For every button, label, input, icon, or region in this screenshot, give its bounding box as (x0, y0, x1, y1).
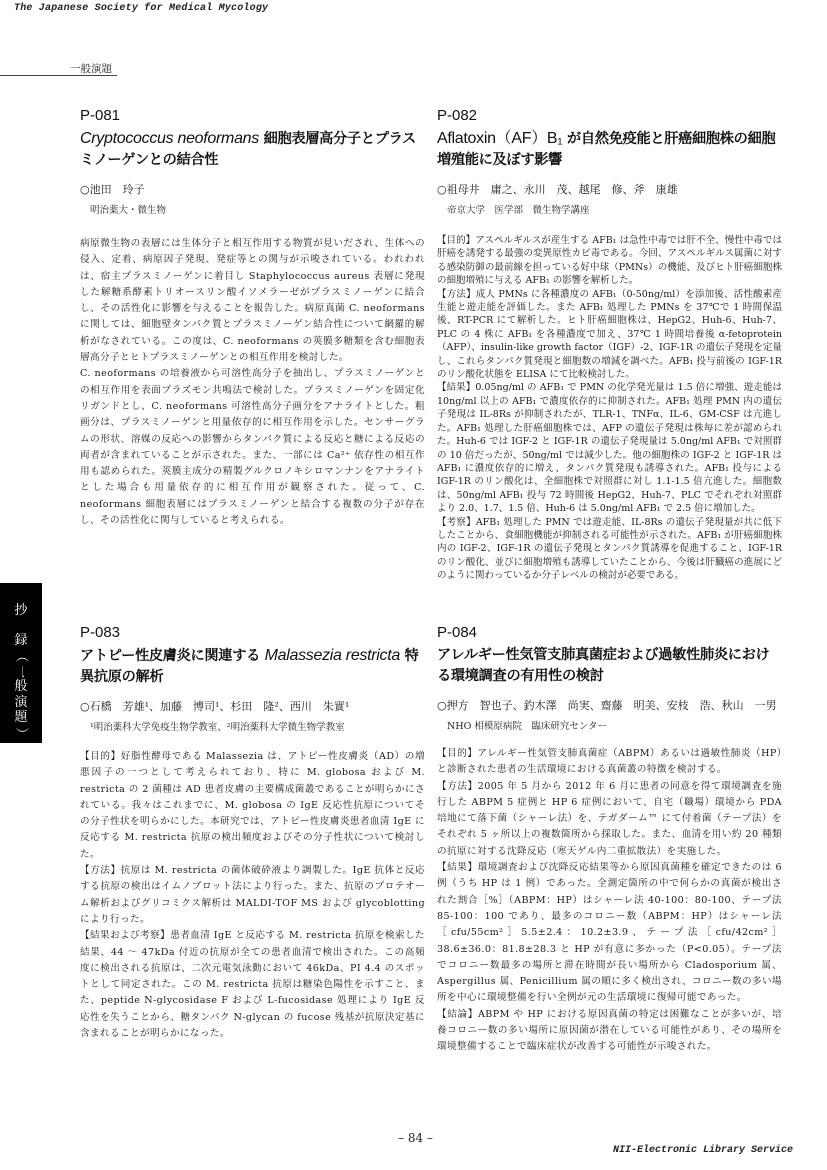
abstract-id: P-083 (80, 624, 425, 641)
journal-header: The Japanese Society for Medical Mycolog… (14, 3, 268, 14)
page-number: – 84 – (398, 1131, 433, 1145)
abstract-affiliation: 帝京大学 医学部 微生物学講座 (447, 202, 782, 216)
abstract-title: アトピー性皮膚炎に関連する Malassezia restricta 特異抗原の… (80, 645, 425, 688)
footer-service-label: NII-Electronic Library Service (613, 1145, 793, 1156)
body-paragraph: 【目的】アスペルギルスが産生する AFB₁ は急性中毒では肝不全、慢性中毒では肝… (437, 234, 782, 288)
side-tab-char: 一 (13, 665, 29, 678)
abstract-title: Cryptococcus neoformans 細胞表層高分子とプラスミノーゲン… (80, 128, 425, 171)
side-tab-char: 般 (14, 679, 27, 695)
abstract-title: Aflatoxin（AF）B₁ が自然免疫能と肝癌細胞株の細胞増殖能に及ぼす影響 (437, 128, 782, 171)
body-paragraph: 【結果】環境調査および沈降反応結果等から原因真菌種を確定できたのは 6 例（うち… (437, 860, 782, 1007)
title-italic: Cryptococcus neoformans (80, 130, 259, 147)
title-text: Aflatoxin（AF）B₁ (437, 130, 562, 147)
side-tab-char: 演 (14, 695, 27, 711)
abstract-p084: P-084 アレルギー性気管支肺真菌症および過敏性肺炎における環境調査の有用性の… (437, 624, 782, 1056)
abstract-id: P-084 (437, 624, 782, 641)
body-paragraph: 【結論】ABPM や HP における原因真菌の特定は困難なことが多いが、培養コロ… (437, 1007, 782, 1056)
section-label: 一般演題 (70, 61, 112, 76)
side-tab-char: 抄 (14, 603, 27, 619)
side-index-tab: 抄 録 （ 一 般 演 題 ） (0, 583, 42, 743)
abstract-body: 【目的】好脂性酵母である Malassezia は、アトピー性皮膚炎（AD）の増… (80, 749, 425, 1042)
body-paragraph: 【結果および考察】患者血清 IgE と反応する M. restricta 抗原を… (80, 928, 425, 1042)
abstract-body: 病原微生物の表層には生体分子と相互作用する物質が見いだされ、生体への侵入、定着、… (80, 236, 425, 529)
body-paragraph: 【目的】アレルギー性気管支肺真菌症（ABPM）あるいは過敏性肺炎（HP）と診断さ… (437, 746, 782, 779)
abstract-body: 【目的】アレルギー性気管支肺真菌症（ABPM）あるいは過敏性肺炎（HP）と診断さ… (437, 746, 782, 1056)
abstract-authors: ○池田 玲子 (80, 181, 425, 198)
side-tab-char: ） (13, 727, 29, 740)
abstract-p082: P-082 Aflatoxin（AF）B₁ が自然免疫能と肝癌細胞株の細胞増殖能… (437, 107, 782, 583)
side-tab-char: 録 (14, 633, 27, 649)
abstract-p081: P-081 Cryptococcus neoformans 細胞表層高分子とプラ… (80, 107, 425, 529)
abstract-authors: ○押方 智也子、釣木澤 尚実、齋藤 明美、安枝 浩、秋山 一男 (437, 697, 782, 714)
abstract-affiliation: 明治薬大・微生物 (90, 202, 425, 216)
side-tab-char: （ (13, 649, 29, 662)
title-text: アトピー性皮膚炎に関連する (80, 648, 265, 664)
abstract-body: 【目的】アスペルギルスが産生する AFB₁ は急性中毒では肝不全、慢性中毒では肝… (437, 234, 782, 583)
body-paragraph: 【考察】AFB₁ 処理した PMN では遊走能、IL-8Rs の遺伝子発現量が共… (437, 516, 782, 583)
side-tab-char: 題 (14, 710, 27, 726)
body-paragraph: 【目的】好脂性酵母である Malassezia は、アトピー性皮膚炎（AD）の増… (80, 749, 425, 863)
abstract-p083: P-083 アトピー性皮膚炎に関連する Malassezia restricta… (80, 624, 425, 1042)
abstract-id: P-081 (80, 107, 425, 124)
body-paragraph: 病原微生物の表層には生体分子と相互作用する物質が見いだされ、生体への侵入、定着、… (80, 236, 425, 366)
abstract-id: P-082 (437, 107, 782, 124)
section-divider (0, 75, 117, 76)
abstract-affiliation: NHO 相模原病院 臨床研究センター (447, 718, 782, 732)
body-paragraph: 【方法】2005 年 5 月から 2012 年 6 月に患者の同意を得て環境調査… (437, 779, 782, 860)
body-paragraph: 【結果】0.05ng/ml の AFB₁ で PMN の化学発光量は 1.5 倍… (437, 381, 782, 515)
abstract-title: アレルギー性気管支肺真菌症および過敏性肺炎における環境調査の有用性の検討 (437, 645, 782, 687)
abstract-authors: ○祖母井 庸之、永川 茂、越尾 修、斧 康雄 (437, 181, 782, 198)
abstract-authors: ○石橋 芳雄¹、加藤 博司¹、杉田 隆²、西川 朱實¹ (80, 698, 425, 715)
body-paragraph: 【方法】成人 PMNs に各種濃度の AFB₁（0-50ng/ml）を添加後、活… (437, 288, 782, 382)
title-italic: Malassezia restricta (265, 647, 400, 664)
body-paragraph: 【方法】抗原は M. restricta の菌体破砕液より調製した。IgE 抗体… (80, 863, 425, 928)
body-paragraph: C. neoformans の培養液から可溶性高分子を抽出し、プラスミノーゲンと… (80, 366, 425, 529)
abstract-affiliation: ¹明治薬科大学免疫生物学教室、²明治薬科大学微生物学教室 (90, 719, 425, 733)
